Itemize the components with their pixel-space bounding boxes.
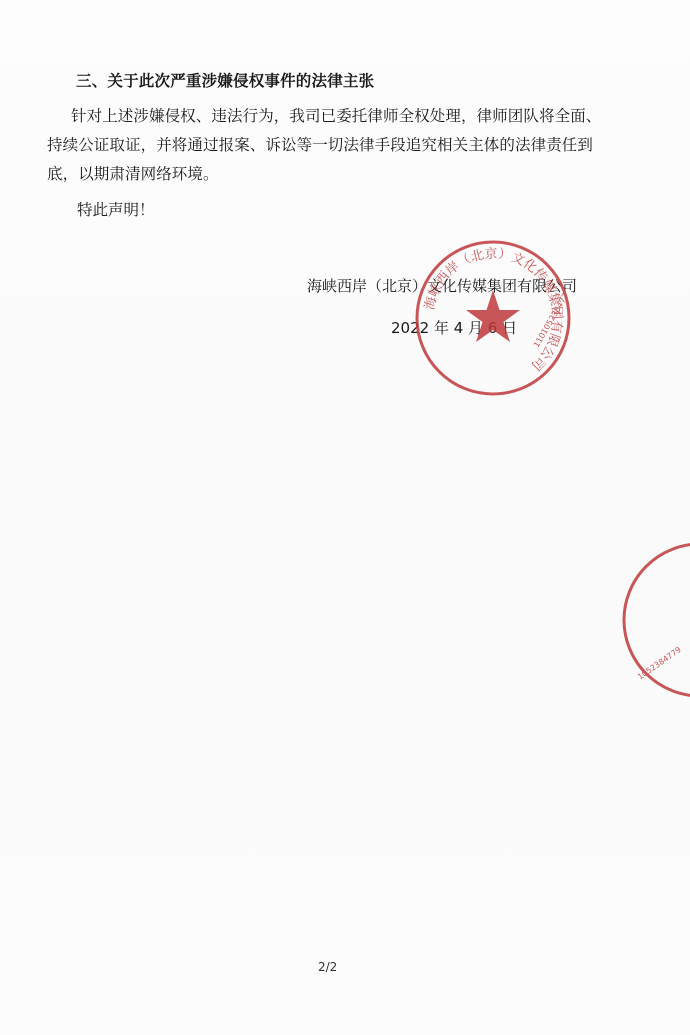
paragraph-line: 底，以期肃清网络环境。 xyxy=(47,162,219,184)
page-number: 2/2 xyxy=(318,960,337,974)
signature-date: 2022 年 4 月 6 日 xyxy=(391,317,517,338)
seal-arc-text: 海峡西岸（北京）文化传媒集团有限公司 xyxy=(422,246,564,373)
partial-seal: 有限公司 1052384779 xyxy=(590,540,690,700)
paragraph-line: 针对上述涉嫌侵权、违法行为，我司已委托律师全权处理，律师团队将全面、 xyxy=(71,104,601,126)
document-page: 三、关于此次严重涉嫌侵权事件的法律主张 针对上述涉嫌侵权、违法行为，我司已委托律… xyxy=(0,0,690,1035)
seal-code: 110105238477 xyxy=(532,292,570,349)
partial-seal-code: 1052384779 xyxy=(636,645,683,682)
section-heading: 三、关于此次严重涉嫌侵权事件的法律主张 xyxy=(76,69,374,91)
svg-text:海峡西岸（北京）文化传媒集团有限公司: 海峡西岸（北京）文化传媒集团有限公司 xyxy=(422,246,564,373)
signature-company: 海峡西岸（北京）文化传媒集团有限公司 xyxy=(307,275,577,296)
closing-statement: 特此声明！ xyxy=(77,198,155,220)
paragraph-line: 持续公证取证，并将通过报案、诉讼等一切法律手段追究相关主体的法律责任到 xyxy=(47,133,593,155)
